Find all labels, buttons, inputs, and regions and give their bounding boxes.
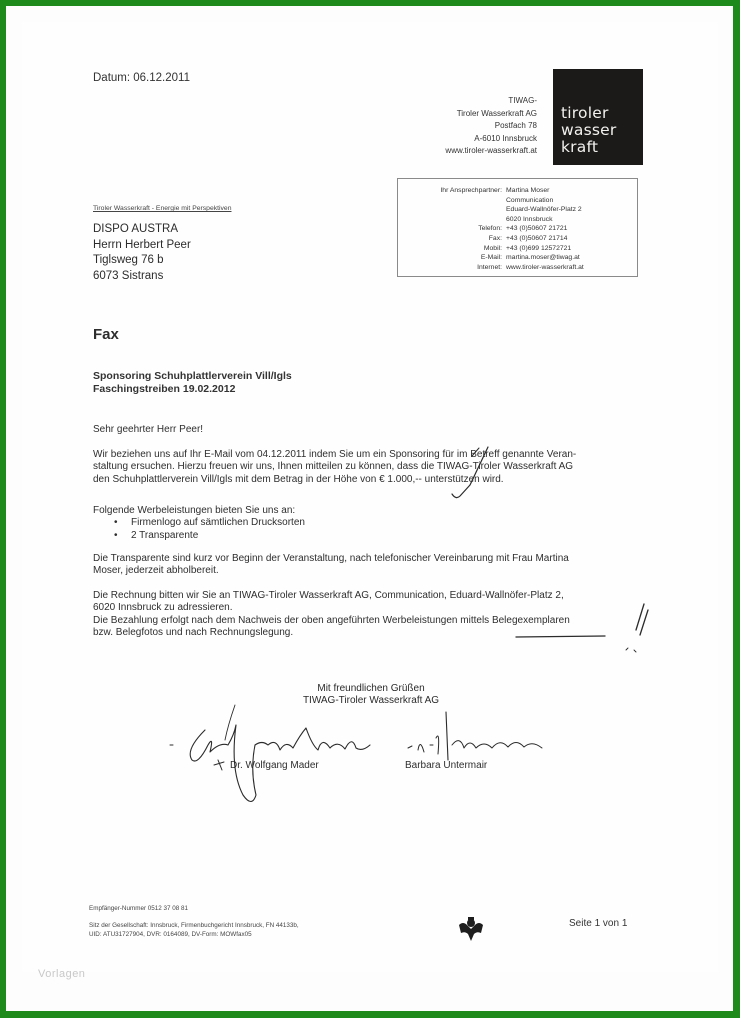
closing-block: Mit freundlichen Grüßen TIWAG-Tiroler Wa…: [285, 683, 457, 708]
contact-mobile: Mobil:+43 (0)699 12572721: [398, 244, 571, 254]
sender-address: TIWAG- Tiroler Wasserkraft AG Postfach 7…: [445, 95, 537, 158]
contact-row: Communication: [398, 196, 553, 206]
contact-phone: Telefon:+43 (0)50607 21721: [398, 224, 567, 234]
recipient-address: DISPO AUSTRA Herrn Herbert Peer Tiglsweg…: [93, 222, 191, 284]
body-paragraph-services: Folgende Werbeleistungen bieten Sie uns …: [93, 505, 305, 542]
document-type-heading: Fax: [93, 326, 119, 343]
contact-row: 6020 Innsbruck: [398, 215, 552, 225]
document-date: Datum: 06.12.2011: [93, 72, 190, 84]
contact-row: Eduard-Wallnöfer-Platz 2: [398, 205, 582, 215]
watermark-text: Vorlagen: [38, 968, 85, 980]
salutation: Sehr geehrter Herr Peer!: [93, 424, 203, 436]
tiroler-wasserkraft-logo: tiroler wasser kraft: [553, 69, 643, 165]
recipient-number: Empfänger-Nummer 0512 37 08 81: [89, 905, 188, 914]
contact-fax: Fax:+43 (0)50607 21714: [398, 234, 567, 244]
contact-row: Ihr Ansprechpartner:Martina Moser: [398, 186, 549, 196]
contact-website: Internet:www.tiroler-wasserkraft.at: [398, 263, 584, 273]
body-paragraph-1: Wir beziehen uns auf Ihr E-Mail vom 04.1…: [93, 449, 576, 486]
list-item: 2 Transparente: [131, 530, 305, 542]
company-tagline: Tiroler Wasserkraft - Energie mit Perspe…: [93, 205, 232, 212]
signer-name-2: Barbara Untermair: [405, 760, 487, 771]
list-item: Firmenlogo auf sämtlichen Drucksorten: [131, 517, 305, 529]
signer-name-1: Dr. Wolfgang Mader: [230, 760, 319, 771]
contact-person-box: Ihr Ansprechpartner:Martina Moser Commun…: [397, 178, 638, 277]
services-list: Firmenlogo auf sämtlichen Drucksorten 2 …: [93, 517, 305, 542]
contact-email: E-Mail:martina.moser@tiwag.at: [398, 253, 580, 263]
subject-line: Sponsoring Schuhplattlerverein Vill/Igls…: [93, 370, 292, 395]
body-paragraph-3: Die Transparente sind kurz vor Beginn de…: [93, 553, 569, 578]
tyrol-eagle-icon: [457, 915, 485, 943]
body-paragraph-4: Die Rechnung bitten wir Sie an TIWAG-Tir…: [93, 590, 570, 640]
page-number: Seite 1 von 1: [569, 918, 627, 929]
company-registration: Sitz der Gesellschaft: Innsbruck, Firmen…: [89, 922, 299, 939]
